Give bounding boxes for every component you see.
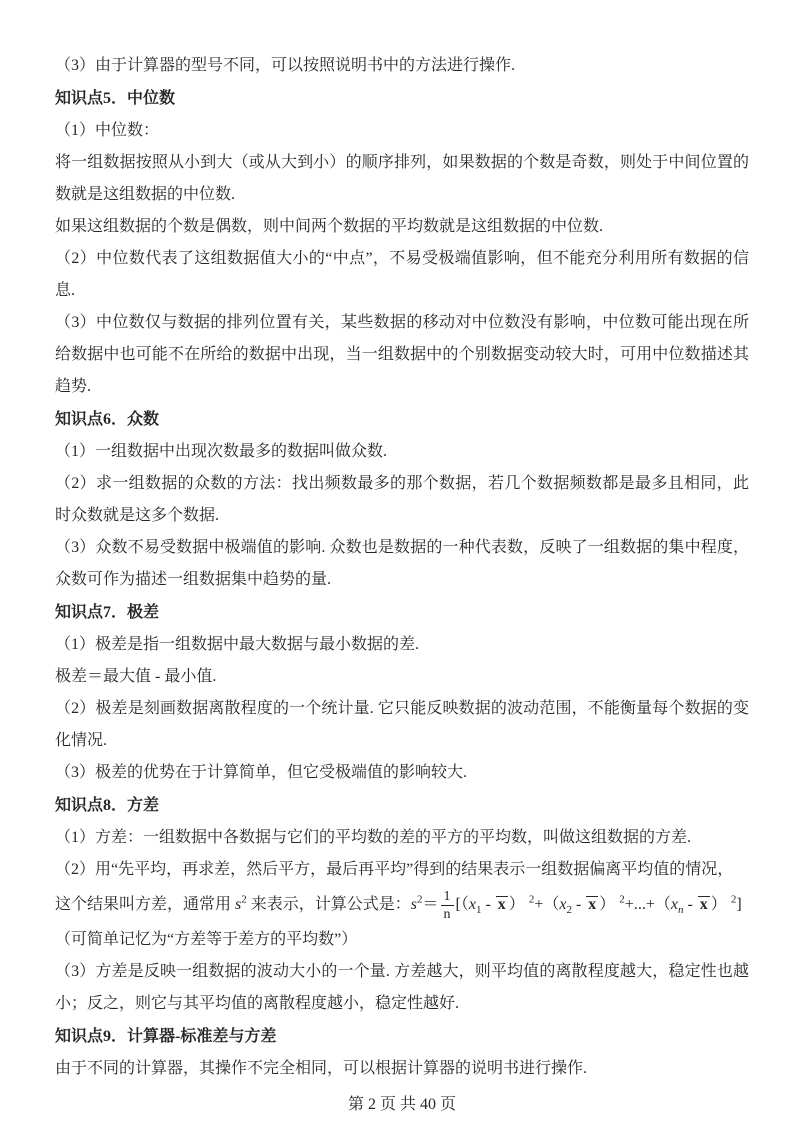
kp6-heading: 知识点6．众数 [55,403,749,436]
kp7-paragraph-3: （3）极差的优势在于计算简单，但它受极端值的影响较大. [55,757,749,789]
kp5-paragraph-3: （2）中位数代表了这组数据值大小的“中点”，不易受极端值影响，但不能充分利用所有… [55,243,749,307]
kp6-paragraph-1: （2）求一组数据的众数的方法：找出频数最多的那个数据，若几个数据频数都是最多且相… [55,468,749,532]
kp7-paragraph-0: （1）极差是指一组数据中最大数据与最小数据的差. [55,629,749,661]
kp7-paragraph-2: （2）极差是刻画数据离散程度的一个统计量. 它只能反映数据的波动范围，不能衡量每… [55,693,749,757]
kp9-paragraph-0: 由于不同的计算器，其操作不完全相同，可以根据计算器的说明书进行操作. [55,1053,749,1085]
kp5-paragraph-4: （3）中位数仅与数据的排列位置有关，某些数据的移动对中位数没有影响，中位数可能出… [55,307,749,403]
kp5-paragraph-0: （1）中位数： [55,115,749,147]
page-footer: 第 2 页 共 40 页 [55,1089,749,1121]
kp5-heading: 知识点5．中位数 [55,82,749,115]
kp7-range-formula: 极差＝最大值 - 最小值. [55,661,749,693]
calculator-note-paragraph: （3）由于计算器的型号不同，可以按照说明书中的方法进行操作. [55,50,749,82]
kp8-memory-note-paragraph: （可简单记忆为“方差等于差方的平均数”） [55,924,749,956]
kp8-heading: 知识点8．方差 [55,789,749,822]
kp8-paragraph-1: （2）用“先平均，再求差，然后平方，最后再平均”得到的结果表示一组数据偏离平均值… [55,854,749,886]
x-bar-mean-symbol: x [496,896,508,912]
kp8-paragraph-3: （3）方差是反映一组数据的波动大小的一个量. 方差越大，则平均值的离散程度越大，… [55,956,749,1020]
kp7-heading: 知识点7．极差 [55,596,749,629]
kp6-paragraph-0: （1）一组数据中出现次数最多的数据叫做众数. [55,436,749,468]
fraction-one-over-n: 1n [441,890,454,922]
kp9-heading: 知识点9．计算器-标准差与方差 [55,1020,749,1053]
x-bar-mean-symbol: x [698,896,710,912]
x-bar-mean-symbol: x [586,896,598,912]
kp5-paragraph-1: 将一组数据按照从小到大（或从大到小）的顺序排列，如果数据的个数是奇数，则处于中间… [55,147,749,211]
document-page: （3）由于计算器的型号不同，可以按照说明书中的方法进行操作. 知识点5．中位数 … [0,0,793,1122]
kp8-paragraph-0: （1）方差：一组数据中各数据与它们的平均数的差的平方的平均数，叫做这组数据的方差… [55,822,749,854]
kp6-paragraph-2: （3）众数不易受数据中极端值的影响. 众数也是数据的一种代表数，反映了一组数据的… [55,532,749,596]
variance-formula: 这个结果叫方差，通常用 s2 来表示，计算公式是：s2＝1n[（x1 - x） … [55,886,749,924]
page-number-label: 第 2 页 共 40 页 [348,1096,456,1113]
kp5-paragraph-2: 如果这组数据的个数是偶数，则中间两个数据的平均数就是这组数据的中位数. [55,211,749,243]
